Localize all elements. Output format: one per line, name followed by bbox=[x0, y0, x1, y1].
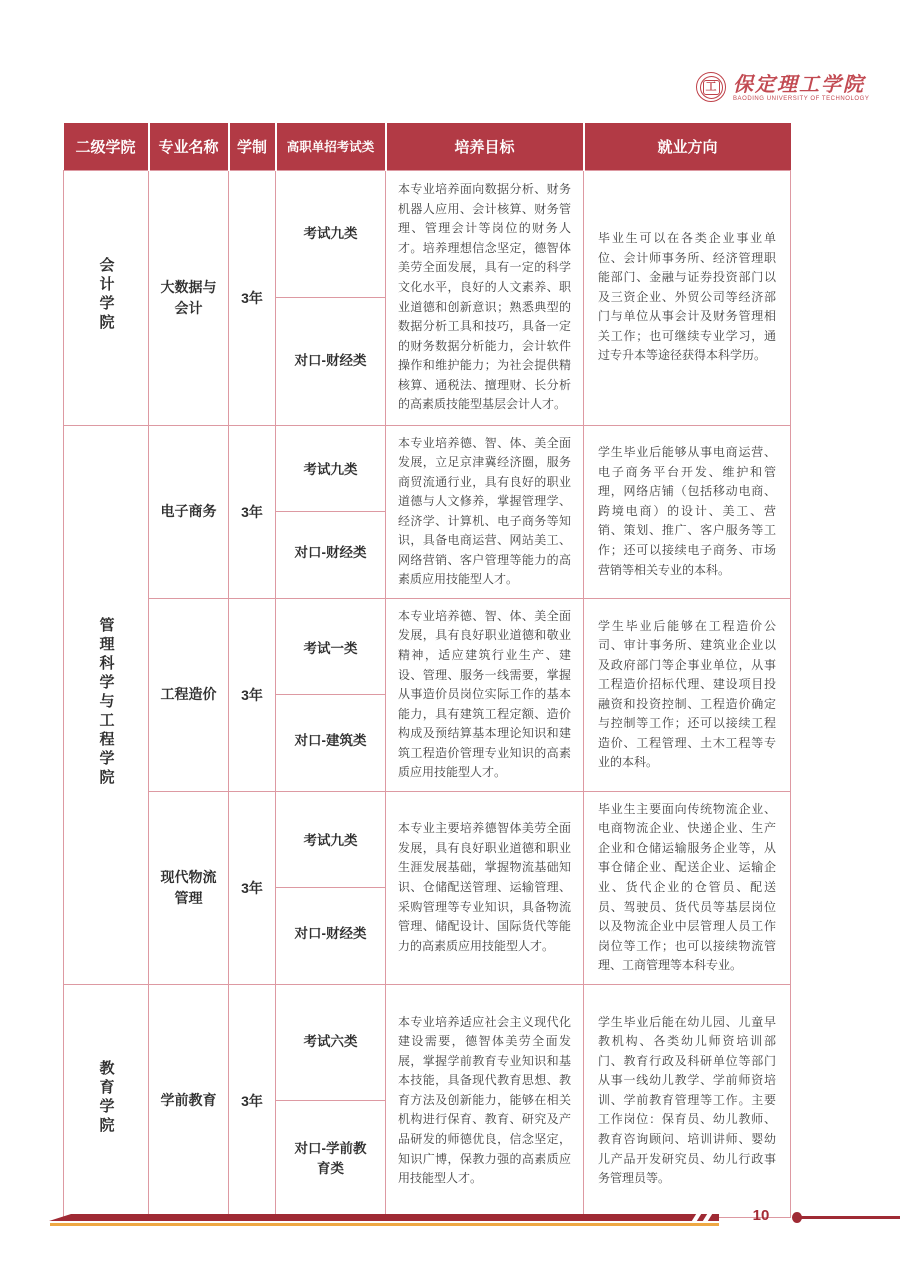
exam-type-unified: 考试六类 bbox=[276, 985, 385, 1101]
objective-cell: 本专业培养德、智、体、美全面发展，立足京津冀经济圈，服务商贸流通行业，具有良好的… bbox=[386, 425, 584, 598]
college-name: 教育学院 bbox=[96, 1060, 117, 1136]
exam-type-cell: 考试六类 对口-学前教育类 bbox=[276, 984, 386, 1217]
col-header-objective: 培养目标 bbox=[386, 123, 584, 170]
exam-type-unified: 考试九类 bbox=[276, 430, 385, 512]
col-header-major: 专业名称 bbox=[149, 123, 229, 170]
major-cell: 学前教育 bbox=[149, 984, 229, 1217]
col-header-college: 二级学院 bbox=[64, 123, 149, 170]
seal-inner-ring: 工 bbox=[700, 76, 723, 99]
majors-table: 二级学院 专业名称 学制 高职单招考试类 培养目标 就业方向 会计学院 大数据与… bbox=[63, 123, 791, 1218]
footer-rule-dark bbox=[49, 1214, 719, 1221]
exam-type-cell: 考试九类 对口-财经类 bbox=[276, 170, 386, 425]
college-name: 管理科学与工程学院 bbox=[96, 617, 117, 788]
exam-type-duikou: 对口-财经类 bbox=[276, 512, 385, 594]
objective-cell: 本专业培养适应社会主义现代化建设需要，德智体美劳全面发展，掌握学前教育专业知识和… bbox=[386, 984, 584, 1217]
college-cell: 管理科学与工程学院 bbox=[64, 425, 149, 984]
duration-cell: 3年 bbox=[229, 984, 276, 1217]
major-cell: 工程造价 bbox=[149, 598, 229, 791]
university-name-en: BAODING UNIVERSITY OF TECHNOLOGY bbox=[733, 96, 869, 102]
footer-rule-gold bbox=[50, 1223, 719, 1226]
footer-slash-mark bbox=[692, 1214, 701, 1221]
objective-cell: 本专业培养德、智、体、美全面发展，具有良好职业道德和敬业精神，适应建筑行业生产、… bbox=[386, 598, 584, 791]
duration-cell: 3年 bbox=[229, 170, 276, 425]
exam-type-cell: 考试九类 对口-财经类 bbox=[276, 425, 386, 598]
table-row-engineering-cost: 工程造价 3年 考试一类 对口-建筑类 本专业培养德、智、体、美全面发展，具有良… bbox=[64, 598, 791, 791]
table-row-preschool-education: 教育学院 学前教育 3年 考试六类 对口-学前教育类 本专业培养适应社会主义现代… bbox=[64, 984, 791, 1217]
exam-type-unified: 考试九类 bbox=[276, 796, 385, 888]
major-cell: 现代物流管理 bbox=[149, 791, 229, 984]
footer-line bbox=[799, 1216, 900, 1219]
exam-type-duikou: 对口-学前教育类 bbox=[276, 1101, 385, 1217]
table-row-big-data-accounting: 会计学院 大数据与会计 3年 考试九类 对口-财经类 本专业培养面向数据分析、财… bbox=[64, 170, 791, 425]
employment-cell: 学生毕业后能在幼儿园、儿童早教机构、各类幼儿师资培训部门、教育行政及科研单位等部… bbox=[584, 984, 791, 1217]
table-row-modern-logistics: 现代物流管理 3年 考试九类 对口-财经类 本专业主要培养德智体美劳全面发展，具… bbox=[64, 791, 791, 984]
college-cell: 会计学院 bbox=[64, 170, 149, 425]
page: 工 保定理工学院 BAODING UNIVERSITY OF TECHNOLOG… bbox=[0, 0, 900, 1279]
duration-cell: 3年 bbox=[229, 425, 276, 598]
exam-type-unified: 考试九类 bbox=[276, 171, 385, 298]
employment-cell: 学生毕业后能够从事电商运营、电子商务平台开发、维护和管理，网络店铺（包括移动电商… bbox=[584, 425, 791, 598]
employment-cell: 毕业生可以在各类企业事业单位、会计师事务所、经济管理职能部门、金融与证券投资部门… bbox=[584, 170, 791, 425]
exam-type-unified: 考试一类 bbox=[276, 603, 385, 695]
col-header-employment: 就业方向 bbox=[584, 123, 791, 170]
college-cell: 教育学院 bbox=[64, 984, 149, 1217]
exam-type-cell: 考试一类 对口-建筑类 bbox=[276, 598, 386, 791]
exam-type-duikou: 对口-财经类 bbox=[276, 888, 385, 980]
college-name: 会计学院 bbox=[96, 257, 117, 333]
employment-cell: 毕业生主要面向传统物流企业、电商物流企业、快递企业、生产企业和仓储运输服务企业等… bbox=[584, 791, 791, 984]
objective-cell: 本专业主要培养德智体美劳全面发展，具有良好职业道德和职业生涯发展基础，掌握物流基… bbox=[386, 791, 584, 984]
table-header-row: 二级学院 专业名称 学制 高职单招考试类 培养目标 就业方向 bbox=[64, 123, 791, 170]
objective-cell: 本专业培养面向数据分析、财务机器人应用、会计核算、财务管理、管理会计等岗位的财务… bbox=[386, 170, 584, 425]
duration-cell: 3年 bbox=[229, 791, 276, 984]
seal-glyph: 工 bbox=[703, 80, 720, 95]
university-seal-icon: 工 bbox=[696, 72, 726, 102]
exam-type-duikou: 对口-建筑类 bbox=[276, 695, 385, 787]
col-header-duration: 学制 bbox=[229, 123, 276, 170]
col-header-exam-type: 高职单招考试类 bbox=[276, 123, 386, 170]
exam-type-cell: 考试九类 对口-财经类 bbox=[276, 791, 386, 984]
university-name-cn: 保定理工学院 bbox=[733, 73, 869, 95]
university-logo: 工 保定理工学院 BAODING UNIVERSITY OF TECHNOLOG… bbox=[696, 72, 869, 102]
employment-cell: 学生毕业后能够在工程造价公司、审计事务所、建筑业企业以及政府部门等企事业单位，从… bbox=[584, 598, 791, 791]
table-row-ecommerce: 管理科学与工程学院 电子商务 3年 考试九类 对口-财经类 本专业培养德、智、体… bbox=[64, 425, 791, 598]
university-name-block: 保定理工学院 BAODING UNIVERSITY OF TECHNOLOGY bbox=[733, 72, 869, 102]
footer-slash-mark bbox=[703, 1214, 712, 1221]
duration-cell: 3年 bbox=[229, 598, 276, 791]
page-number: 10 bbox=[746, 1207, 776, 1224]
major-cell: 电子商务 bbox=[149, 425, 229, 598]
major-cell: 大数据与会计 bbox=[149, 170, 229, 425]
exam-type-duikou: 对口-财经类 bbox=[276, 298, 385, 425]
